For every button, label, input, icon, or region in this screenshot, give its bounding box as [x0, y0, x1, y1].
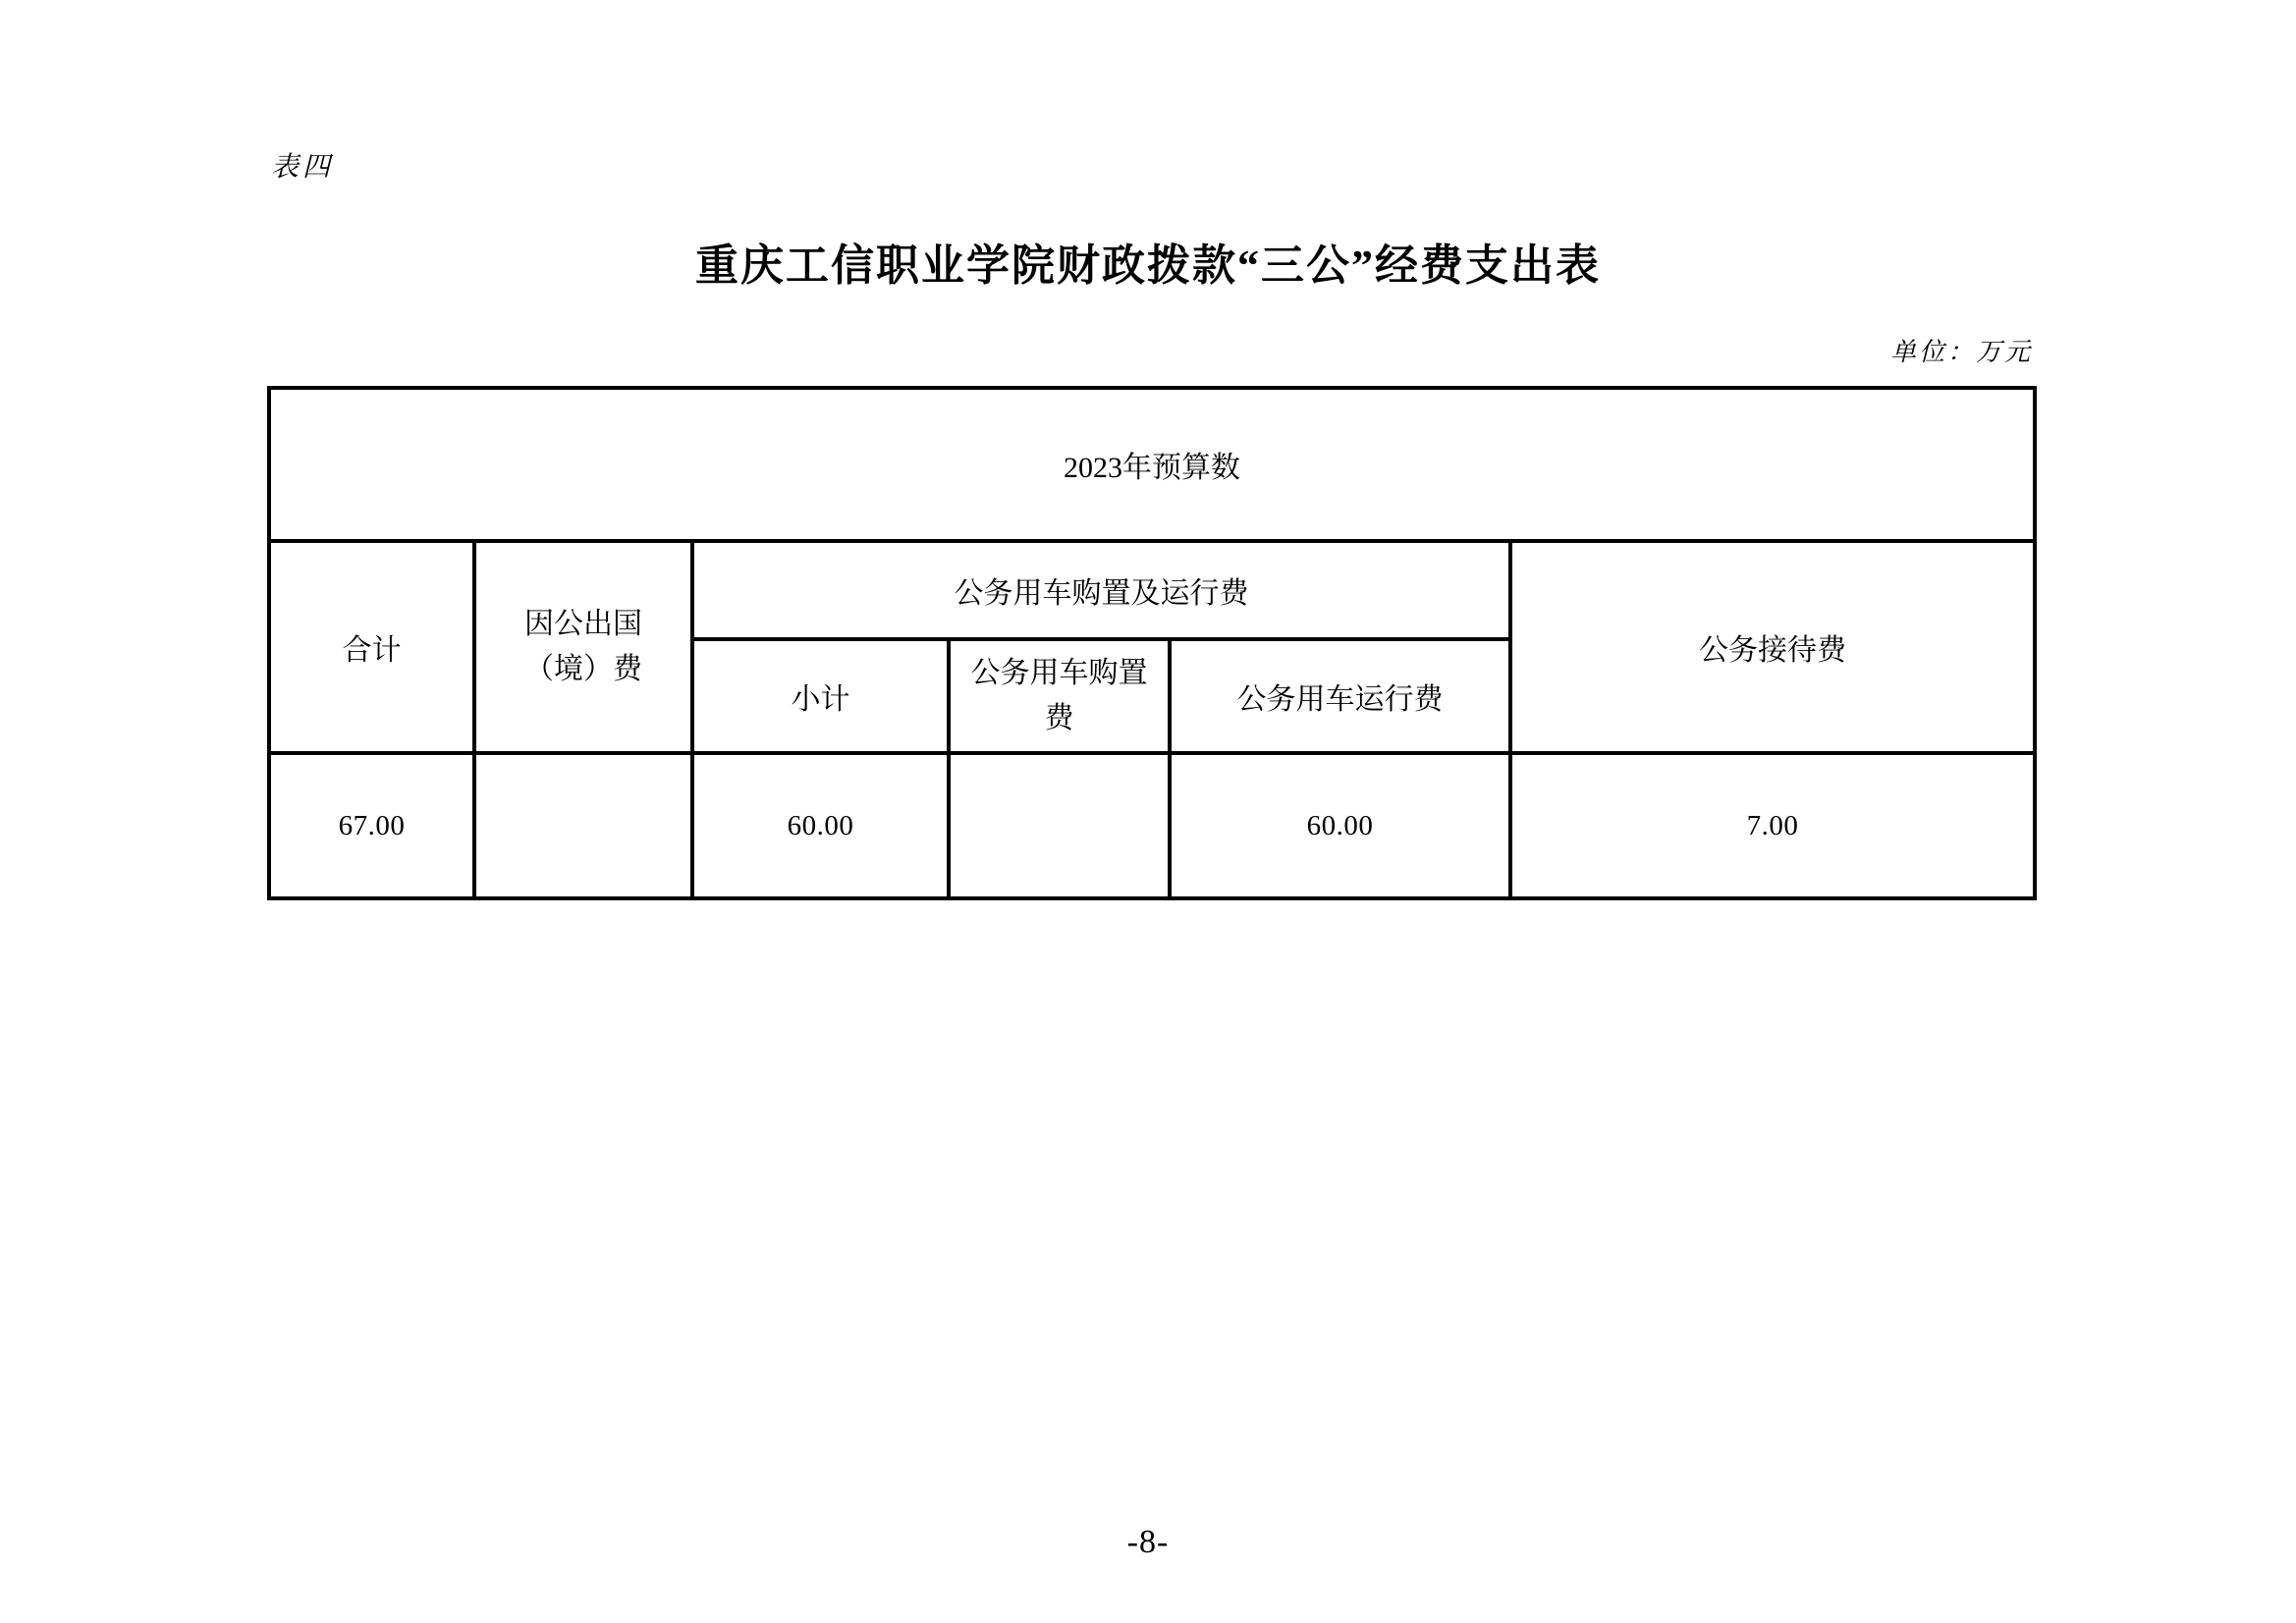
header-cell-total: 合计 [269, 541, 474, 753]
value-cell-total: 67.00 [269, 753, 474, 898]
header-cell-vehicle-operation: 公务用车运行费 [1170, 639, 1510, 753]
header-cell-abroad: 因公出国 （境）费 [474, 541, 692, 753]
value-cell-abroad [474, 753, 692, 898]
header-cell-vehicle-purchase: 公务用车购置 费 [949, 639, 1170, 753]
year-header-row: 2023年预算数 [269, 388, 2035, 541]
header-cell-reception: 公务接待费 [1510, 541, 2035, 753]
value-cell-vehicle-purchase [949, 753, 1170, 898]
three-public-expense-table: 2023年预算数 合计 因公出国 （境）费 公务用车购置及运行费 公务接待费 小… [267, 386, 2037, 900]
year-header-cell: 2023年预算数 [269, 388, 2035, 541]
unit-note: 单位：万元 [1890, 332, 2033, 368]
value-cell-vehicle-operation: 60.00 [1170, 753, 1510, 898]
page-title: 重庆工信职业学院财政拨款“三公”经费支出表 [0, 230, 2296, 293]
value-cell-vehicle-subtotal: 60.00 [692, 753, 949, 898]
column-header-row: 合计 因公出国 （境）费 公务用车购置及运行费 公务接待费 [269, 541, 2035, 639]
header-cell-vehicle-subtotal: 小计 [692, 639, 949, 753]
document-page: 表四 重庆工信职业学院财政拨款“三公”经费支出表 单位：万元 2023年预算数 … [0, 0, 2296, 1623]
value-cell-reception: 7.00 [1510, 753, 2035, 898]
header-cell-vehicle-group: 公务用车购置及运行费 [692, 541, 1510, 639]
table-number-label: 表四 [271, 145, 334, 185]
page-number: -8- [0, 1524, 2296, 1561]
budget-values-row: 67.00 60.00 60.00 7.00 [269, 753, 2035, 898]
